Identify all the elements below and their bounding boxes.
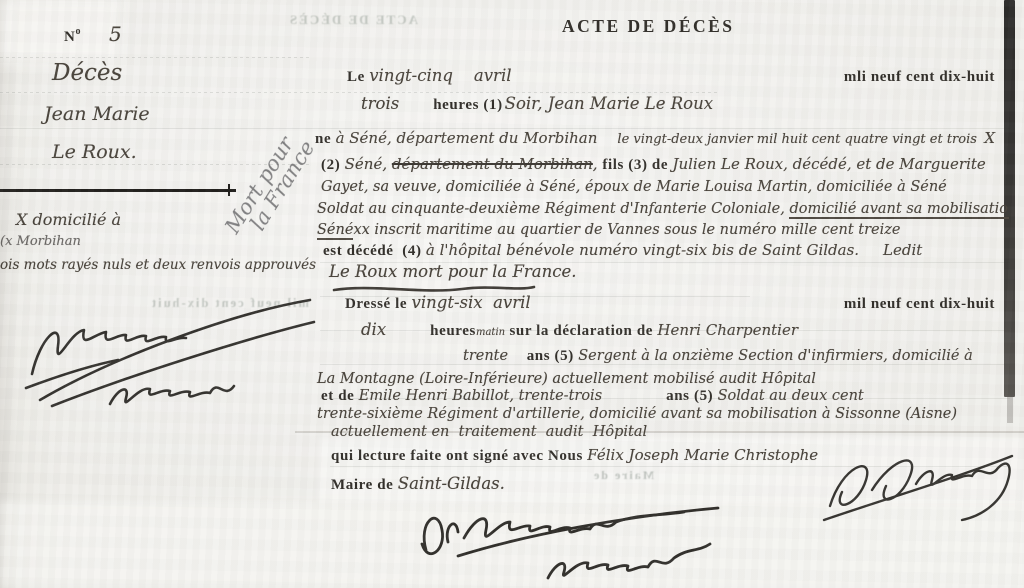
text-segment: Félix Joseph Marie Christophe <box>587 446 818 464</box>
text-segment: fils (3) de <box>602 157 672 174</box>
text-segment: trois <box>361 94 399 113</box>
text-segment: Julien Le Roux, décédé, et de Marguerite <box>672 155 985 173</box>
body-line: dixheuresmatin sur la déclaration de Hen… <box>315 320 1009 340</box>
text-segment: xx <box>353 222 369 238</box>
text-segment: domicilié avant sa mobilisation à <box>789 201 1009 219</box>
pencil-annotation: Mort pour la France <box>222 127 318 247</box>
underline-flourish <box>330 281 540 297</box>
text-segment: matin <box>476 327 505 338</box>
text-segment: mort pour la France. <box>403 262 577 281</box>
margin-note-morbihan: (x Morbihan <box>0 234 81 249</box>
text-segment: Maire de <box>331 477 398 494</box>
text-segment: (2) <box>321 157 345 174</box>
text-segment: Gayet, sa veuve, domiciliée à Séné, épou… <box>321 179 947 195</box>
text-segment: le vingt-deux janvier mil huit cent quat… <box>617 132 977 147</box>
text-segment: La Montagne (Loire-Inférieure) actuellem… <box>317 371 816 387</box>
signature-center-charpentier-babillot <box>398 486 738 586</box>
text-segment: ne <box>315 131 336 148</box>
body-line: trente ans (5) Sergent à la onzième Sect… <box>315 348 1009 365</box>
text-segment: département du Morbihan <box>392 155 593 173</box>
number-ordinal: o <box>75 26 81 37</box>
margin-deceased-firstnames: Jean Marie <box>44 103 150 125</box>
margin-deceased-surname: Le Roux. <box>52 141 137 163</box>
signature-margin-charpentier-babillot <box>18 288 318 406</box>
body-line: ne à Séné, département du Morbihanle vin… <box>315 129 1009 148</box>
body-line: est décédé (4) à l'hôpital bénévole numé… <box>315 241 1009 260</box>
body-line: La Montagne (Loire-Inférieure) actuellem… <box>315 371 1009 387</box>
scanned-death-certificate: ACTE DE DÉCÈS mil neuf cent dix-huit Mai… <box>0 0 1024 588</box>
text-segment: Soir, Jean Marie Le Roux <box>505 94 713 113</box>
text-segment: sur la déclaration de <box>505 323 657 340</box>
text-segment: et de <box>321 388 359 405</box>
body-line: et de Emile Henri Babillot, trente-trois… <box>315 388 1009 405</box>
ruled-line <box>0 57 310 58</box>
margin-act-type: Décès <box>52 60 122 86</box>
body-line: Soldat au cinquante-deuxième Régiment d'… <box>315 201 1009 219</box>
text-segment: inscrit maritime au quartier de Vannes s… <box>370 222 901 238</box>
text-segment: heures (1) <box>433 97 502 114</box>
text-segment: à Séné, département du Morbihan <box>336 129 598 147</box>
number-label: N <box>64 29 75 45</box>
body-line: (2) Séné, département du Morbihan, fils … <box>315 155 1009 174</box>
text-segment: X <box>984 129 995 147</box>
text-segment: mil neuf cent dix-huit <box>844 296 995 313</box>
body-line: troisheures (1)Soir, Jean Marie Le Roux <box>315 94 1009 114</box>
margin-note-mentions: ois mots rayés nuls et deux renvois appr… <box>0 257 316 273</box>
body-line: Sénéxx inscrit maritime au quartier de V… <box>315 222 1009 240</box>
text-segment: Le Roux <box>329 262 403 281</box>
text-segment: à l'hôpital bénévole numéro vingt-six bi… <box>426 241 859 259</box>
text-segment: Ledit <box>883 241 922 259</box>
text-segment: vingt-cinq avril <box>369 66 511 85</box>
text-segment: Séné, <box>345 155 392 173</box>
text-segment: mli neuf cent dix-huit <box>844 69 995 86</box>
signature-mayor-christophe <box>812 436 1017 528</box>
margin-rule-tick <box>228 184 230 196</box>
text-segment: dix <box>361 320 386 339</box>
text-segment: Emile Henri Babillot, trente-trois <box>359 388 602 404</box>
text-segment: Henri Charpentier <box>657 321 798 339</box>
number-value: 5 <box>109 22 122 46</box>
text-segment: heures <box>430 323 476 340</box>
text-segment: Soldat au deux cent <box>718 388 864 404</box>
text-segment: Dressé le <box>345 296 412 313</box>
text-segment: trente <box>463 348 513 364</box>
margin-note-domicile: X domicilié à <box>16 210 121 229</box>
text-segment: trente-sixième Régiment d'artillerie, do… <box>317 406 957 422</box>
text-segment: Séné <box>317 222 353 240</box>
margin-rule <box>0 189 236 192</box>
text-segment: est décédé (4) <box>323 243 426 260</box>
body-line: Le vingt-cinq avrilmli neuf cent dix-hui… <box>315 66 1009 86</box>
text-segment: ans (5) <box>666 388 717 405</box>
body-line: Le Roux mort pour la France. <box>315 262 1009 281</box>
body-line: trente-sixième Régiment d'artillerie, do… <box>315 406 1009 422</box>
text-segment: ans (5) <box>527 348 578 365</box>
text-segment: , <box>593 155 603 173</box>
text-segment: actuellement en traitement audit Hôpital <box>331 424 647 440</box>
text-segment: Le <box>347 69 369 86</box>
act-number: No 5 <box>64 22 122 46</box>
text-segment: qui lecture faite ont signé avec Nous <box>331 448 587 465</box>
text-segment: Soldat au cinquante-deuxième Régiment d'… <box>317 201 789 217</box>
text-segment: Sergent à la onzième Section d'infirmier… <box>578 348 973 364</box>
body-line: Gayet, sa veuve, domiciliée à Séné, épou… <box>315 179 1009 195</box>
